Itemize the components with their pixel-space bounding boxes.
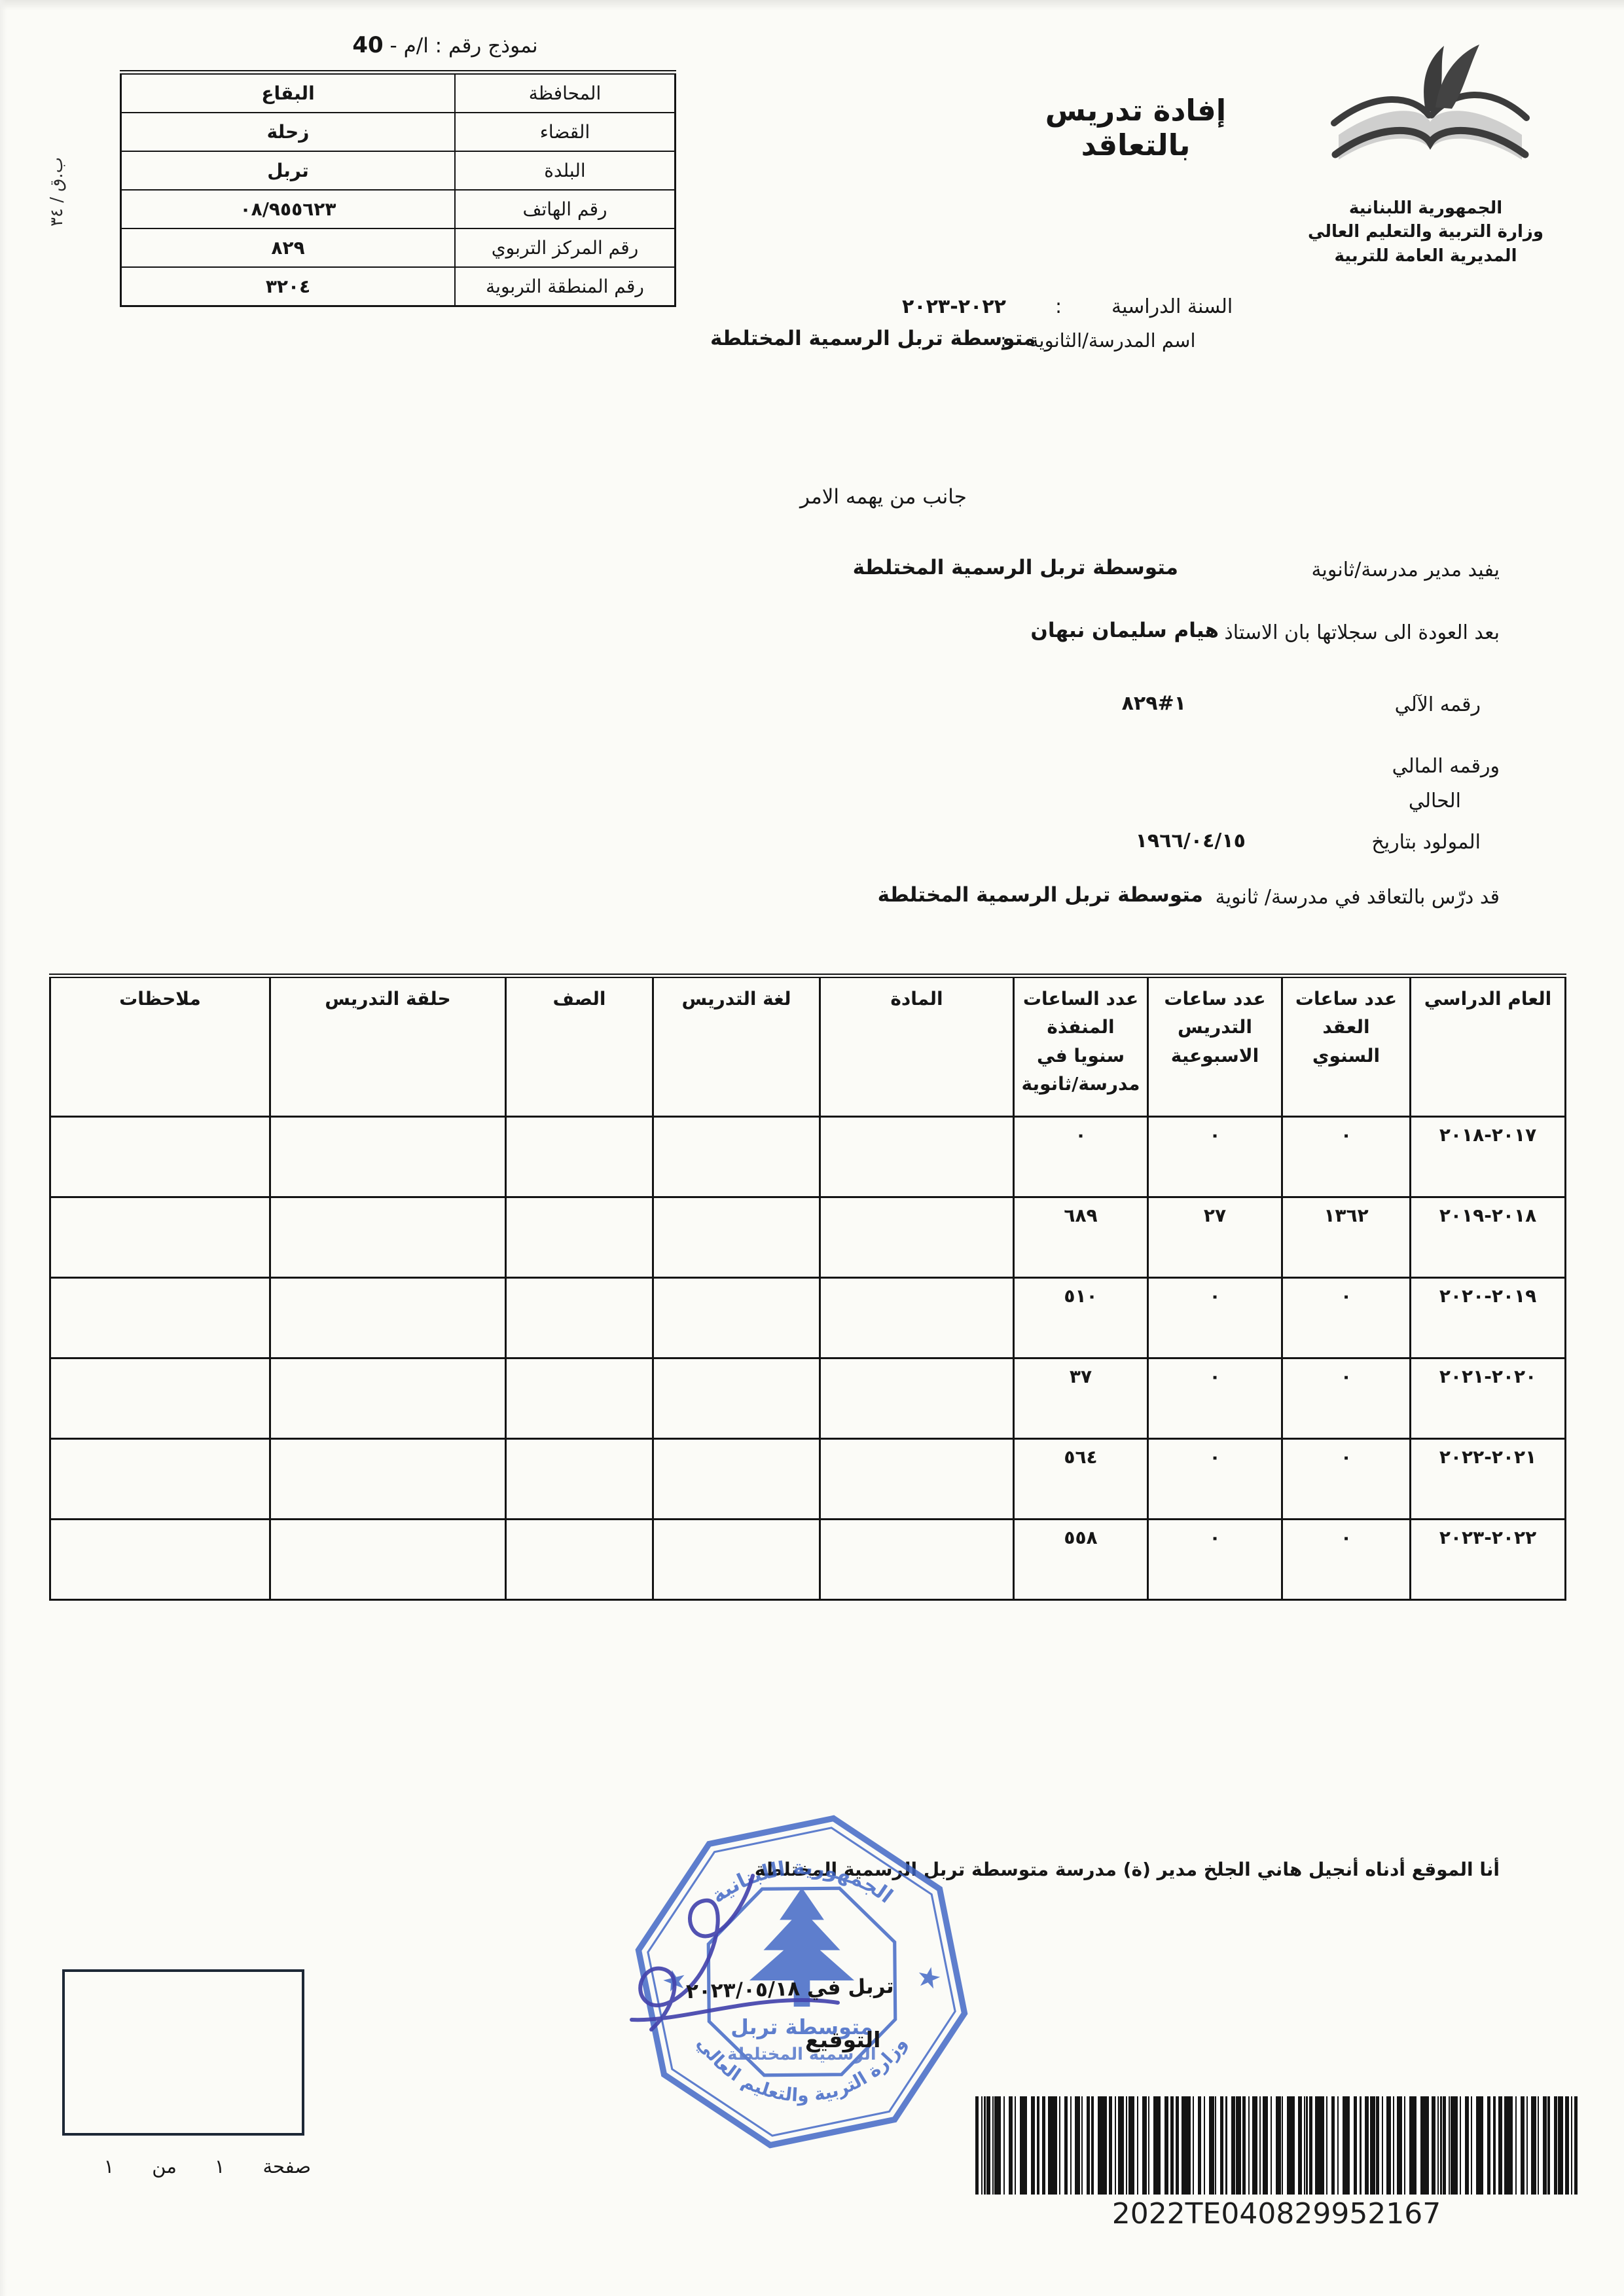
cell-year: ٢٠١٨-٢٠١٩ xyxy=(1411,1197,1566,1278)
info-value: ٠٨/٩٥٥٦٢٣ xyxy=(121,190,456,228)
table-row: ٢٠٢٢-٢٠٢٣ ٠ ٠ ٥٥٨ xyxy=(50,1520,1566,1600)
info-value: تربل xyxy=(121,151,456,190)
financial-number-label2: الحالي xyxy=(1409,789,1461,814)
table-row: رقم الهاتف ٠٨/٩٥٥٦٢٣ xyxy=(121,190,676,228)
table-row: رقم المنطقة التربوية ٣٢٠٤ xyxy=(121,267,676,306)
table-row: ٢٠١٧-٢٠١٨ ٠ ٠ ٠ xyxy=(50,1117,1566,1197)
table-row: ٢٠١٨-٢٠١٩ ١٣٦٢ ٢٧ ٦٨٩ xyxy=(50,1197,1566,1278)
header-notes: ملاحظات xyxy=(50,976,270,1117)
cell-year: ٢٠٢١-٢٠٢٢ xyxy=(1411,1439,1566,1520)
header-teaching-language: لغة التدريس xyxy=(653,976,820,1117)
form-number-line: نموذج رقم : ا/م - 40 xyxy=(308,31,583,60)
info-value: البقاع xyxy=(121,73,456,113)
birth-date-label: المولود بتاريخ xyxy=(1371,830,1481,855)
school-name-label: اسم المدرسة/الثانوية xyxy=(1029,329,1196,352)
cell-annual: ٠ xyxy=(1282,1117,1411,1197)
info-label: المحافظة xyxy=(455,73,676,113)
signature-label: التوقيع xyxy=(805,2027,880,2052)
page-total: ١ xyxy=(104,2155,115,2178)
cell-grade xyxy=(506,1278,653,1358)
cell-language xyxy=(653,1520,820,1600)
page-current: ١ xyxy=(215,2155,225,2178)
header-subject: المادة xyxy=(820,976,1014,1117)
info-label: القضاء xyxy=(455,113,676,151)
auto-number-value: ١#٨٢٩ xyxy=(1122,691,1186,716)
taught-school-value: متوسطة تربل الرسمية المختلطة xyxy=(878,883,1203,908)
table-row: القضاء زحلة xyxy=(121,113,676,151)
cell-notes xyxy=(50,1358,270,1439)
cell-cycle xyxy=(270,1278,506,1358)
cell-weekly: ٠ xyxy=(1148,1358,1282,1439)
page-footer: صفحة ١ من ١ xyxy=(62,2155,311,2178)
star-icon: ★ xyxy=(913,1959,945,1997)
cell-executed: ٥٦٤ xyxy=(1014,1439,1148,1520)
page-of-word: من xyxy=(152,2155,177,2178)
info-label: رقم الهاتف xyxy=(455,190,676,228)
table-row: البلدة تربل xyxy=(121,151,676,190)
school-info-table: المحافظة البقاع القضاء زحلة البلدة تربل … xyxy=(120,70,676,307)
school-year-value: ٢٠٢٢-٢٠٢٣ xyxy=(902,295,1006,319)
header-annual-contract-hours: عدد ساعات العقد السنوي xyxy=(1282,976,1411,1117)
info-label: البلدة xyxy=(455,151,676,190)
header-weekly-teaching-hours: عدد ساعات التدريس الاسبوعية xyxy=(1148,976,1282,1117)
cell-subject xyxy=(820,1278,1014,1358)
cell-subject xyxy=(820,1358,1014,1439)
records-label: بعد العودة الى سجلاتها بان الاستاذ xyxy=(1224,621,1500,646)
school-year-label: السنة الدراسية xyxy=(1111,295,1233,319)
colon: : xyxy=(1055,295,1062,319)
table-row: المحافظة البقاع xyxy=(121,73,676,113)
cell-annual: ١٣٦٢ xyxy=(1282,1197,1411,1278)
auto-number-label: رقمه الآلي xyxy=(1395,693,1481,718)
cell-subject xyxy=(820,1520,1014,1600)
ministry-line: وزارة التربية والتعليم العالي xyxy=(1288,220,1563,244)
cell-annual: ٠ xyxy=(1282,1278,1411,1358)
cell-annual: ٠ xyxy=(1282,1358,1411,1439)
info-value: ٨٢٩ xyxy=(121,228,456,267)
cell-weekly: ٠ xyxy=(1148,1520,1282,1600)
cell-weekly: ٠ xyxy=(1148,1117,1282,1197)
cell-executed: ٦٨٩ xyxy=(1014,1197,1148,1278)
cell-language xyxy=(653,1439,820,1520)
cell-language xyxy=(653,1358,820,1439)
birth-date-value: ١٩٦٦/٠٤/١٥ xyxy=(1136,829,1246,854)
table-row: رقم المركز التربوي ٨٢٩ xyxy=(121,228,676,267)
cell-notes xyxy=(50,1197,270,1278)
to-whom-line: جانب من يهمه الامر xyxy=(800,484,967,510)
cell-year: ٢٠١٩-٢٠٢٠ xyxy=(1411,1278,1566,1358)
cell-subject xyxy=(820,1197,1014,1278)
cell-cycle xyxy=(270,1520,506,1600)
ministry-logo xyxy=(1322,43,1538,197)
cell-notes xyxy=(50,1117,270,1197)
header-teaching-cycle: حلقة التدريس xyxy=(270,976,506,1117)
cell-annual: ٠ xyxy=(1282,1520,1411,1600)
cell-weekly: ٢٧ xyxy=(1148,1197,1282,1278)
table-row: ٢٠٢١-٢٠٢٢ ٠ ٠ ٥٦٤ xyxy=(50,1439,1566,1520)
table-row: ٢٠٢٠-٢٠٢١ ٠ ٠ ٣٧ xyxy=(50,1358,1566,1439)
header-year: العام الدراسي xyxy=(1411,976,1566,1117)
table-row: ٢٠١٩-٢٠٢٠ ٠ ٠ ٥١٠ xyxy=(50,1278,1566,1358)
cell-language xyxy=(653,1117,820,1197)
certifies-school-value: متوسطة تربل الرسمية المختلطة xyxy=(853,555,1178,581)
side-code: ب.ق / ٣٤ xyxy=(47,157,67,347)
cell-executed: ٠ xyxy=(1014,1117,1148,1197)
document-page: نموذج رقم : ا/م - 40 ب.ق / ٣٤ المحافظة ا… xyxy=(0,0,1624,2296)
teaching-hours-table: العام الدراسي عدد ساعات العقد السنوي عدد… xyxy=(49,974,1566,1601)
info-value: ٣٢٠٤ xyxy=(121,267,456,306)
info-value: زحلة xyxy=(121,113,456,151)
certifies-label: يفيد مدير مدرسة/ثانوية xyxy=(1311,558,1500,583)
cell-year: ٢٠١٧-٢٠١٨ xyxy=(1411,1117,1566,1197)
cell-grade xyxy=(506,1197,653,1278)
page-word: صفحة xyxy=(262,2155,311,2178)
table-header-row: العام الدراسي عدد ساعات العقد السنوي عدد… xyxy=(50,976,1566,1117)
cell-executed: ٣٧ xyxy=(1014,1358,1148,1439)
cell-executed: ٥١٠ xyxy=(1014,1278,1148,1358)
empty-stamp-box xyxy=(62,1969,304,2136)
header-grade: الصف xyxy=(506,976,653,1117)
cell-cycle xyxy=(270,1358,506,1439)
republic-line: الجمهورية اللبنانية xyxy=(1288,196,1563,220)
form-number-label: نموذج رقم : ا/م - xyxy=(390,34,538,58)
directorate-line: المديرية العامة للتربية xyxy=(1288,244,1563,268)
info-label: رقم المركز التربوي xyxy=(455,228,676,267)
cell-grade xyxy=(506,1520,653,1600)
barcode xyxy=(975,2096,1578,2195)
barcode-value: 2022TE040829952167 xyxy=(975,2197,1578,2231)
cell-year: ٢٠٢٢-٢٠٢٣ xyxy=(1411,1520,1566,1600)
cell-grade xyxy=(506,1117,653,1197)
cell-subject xyxy=(820,1439,1014,1520)
cell-annual: ٠ xyxy=(1282,1439,1411,1520)
cell-cycle xyxy=(270,1439,506,1520)
cell-grade xyxy=(506,1439,653,1520)
taught-label: قد درّس بالتعاقد في مدرسة/ ثانوية xyxy=(1216,885,1500,910)
cell-weekly: ٠ xyxy=(1148,1439,1282,1520)
cell-cycle xyxy=(270,1117,506,1197)
page-title: إفادة تدريس بالتعاقد xyxy=(992,93,1280,162)
cell-cycle xyxy=(270,1197,506,1278)
cell-subject xyxy=(820,1117,1014,1197)
cell-year: ٢٠٢٠-٢٠٢١ xyxy=(1411,1358,1566,1439)
ministry-header: الجمهورية اللبنانية وزارة التربية والتعل… xyxy=(1288,196,1563,268)
cell-notes xyxy=(50,1278,270,1358)
cell-language xyxy=(653,1278,820,1358)
form-number-value: 40 xyxy=(352,32,383,58)
cell-language xyxy=(653,1197,820,1278)
teacher-name: هيام سليمان نبهان xyxy=(1030,618,1219,644)
header-executed-hours: عدد الساعات المنفذة سنويا في مدرسة/ثانوي… xyxy=(1014,976,1148,1117)
school-name-value: متوسطة تربل الرسمية المختلطة xyxy=(710,326,1036,352)
cell-executed: ٥٥٨ xyxy=(1014,1520,1148,1600)
cell-weekly: ٠ xyxy=(1148,1278,1282,1358)
cell-notes xyxy=(50,1520,270,1600)
info-label: رقم المنطقة التربوية xyxy=(455,267,676,306)
financial-number-label: ورقمه المالي xyxy=(1392,754,1500,779)
cell-notes xyxy=(50,1439,270,1520)
cell-grade xyxy=(506,1358,653,1439)
